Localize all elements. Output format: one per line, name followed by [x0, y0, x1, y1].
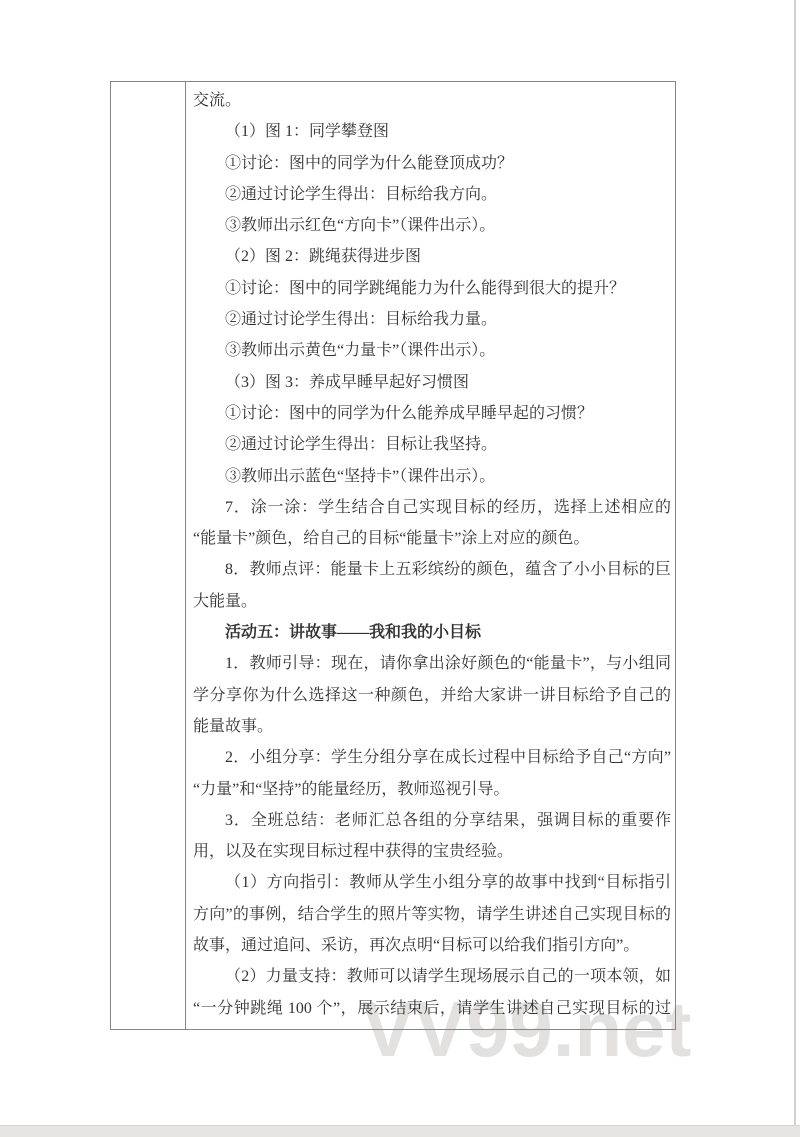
paragraph: ②通过讨论学生得出：目标给我力量。: [193, 304, 671, 335]
paragraph: （3）图 3：养成早睡早起好习惯图: [193, 367, 671, 398]
paragraph: 3．全班总结：老师汇总各组的分享结果，强调目标的重要作用，以及在实现目标过程中获…: [193, 805, 671, 868]
paragraph: ③教师出示红色“方向卡”（课件出示）。: [193, 210, 671, 241]
paragraph: ③教师出示蓝色“坚持卡”（课件出示）。: [193, 461, 671, 492]
paragraph: 2．小组分享：学生分组分享在成长过程中目标给予自己“方向”“力量”和“坚持”的能…: [193, 742, 671, 805]
paragraph: ①讨论：图中的同学跳绳能力为什么能得到很大的提升？: [193, 273, 671, 304]
paragraph: （2）图 2：跳绳获得进步图: [193, 241, 671, 272]
paragraph: ①讨论：图中的同学为什么能养成早睡早起的习惯？: [193, 398, 671, 429]
paragraph: （1）图 1：同学攀登图: [193, 116, 671, 147]
activity-heading: 活动五：讲故事——我和我的小目标: [193, 617, 671, 648]
viewer-bottom-strip: [0, 1125, 800, 1137]
table-content-cell: 交流。 （1）图 1：同学攀登图 ①讨论：图中的同学为什么能登顶成功？ ②通过讨…: [186, 82, 675, 1029]
paragraph: 8．教师点评：能量卡上五彩缤纷的颜色，蕴含了小小目标的巨大能量。: [193, 554, 671, 617]
paragraph: 7．涂一涂：学生结合自己实现目标的经历，选择上述相应的“能量卡”颜色，给自己的目…: [193, 492, 671, 555]
paragraph: ②通过讨论学生得出：目标让我坚持。: [193, 429, 671, 460]
paragraph: 交流。: [193, 85, 671, 116]
lesson-plan-table: 交流。 （1）图 1：同学攀登图 ①讨论：图中的同学为什么能登顶成功？ ②通过讨…: [110, 81, 676, 1030]
paragraph: ①讨论：图中的同学为什么能登顶成功？: [193, 148, 671, 179]
paragraph: （1）方向指引：教师从学生小组分享的故事中找到“目标指引方向”的事例，结合学生的…: [193, 867, 671, 961]
page-right-edge: [794, 0, 796, 1126]
paragraph: （2）力量支持：教师可以请学生现场展示自己的一项本领，如“一分钟跳绳 100 个…: [193, 961, 671, 1029]
paragraph: ②通过讨论学生得出：目标给我方向。: [193, 179, 671, 210]
paragraph: 1．教师引导：现在，请你拿出涂好颜色的“能量卡”，与小组同学分享你为什么选择这一…: [193, 648, 671, 742]
paragraph: ③教师出示黄色“力量卡”（课件出示）。: [193, 335, 671, 366]
document-page: VV99.net 交流。 （1）图 1：同学攀登图 ①讨论：图中的同学为什么能登…: [0, 0, 800, 1137]
table-left-cell: [111, 82, 186, 1029]
